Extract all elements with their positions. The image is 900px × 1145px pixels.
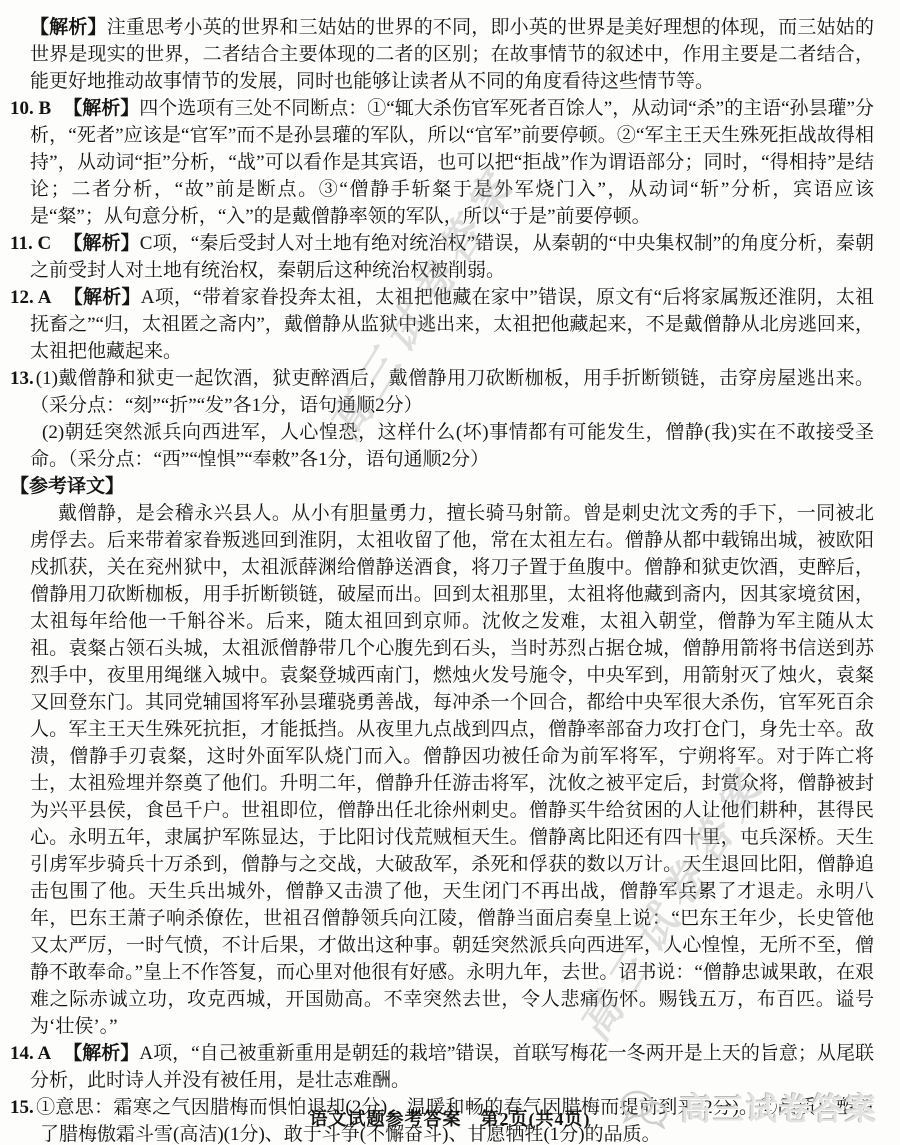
answer-14-number: 14. A [10, 1043, 51, 1064]
answer-12-label: 【解析】 [63, 287, 140, 308]
answer-block-11: 11. C【解析】C项，“秦后受封人对土地有绝对统治权”错误，从秦朝的“中央集权… [30, 230, 874, 284]
answer-13-part1-text: (1)戴僧静和狱吏一起饮酒，狱吏醉酒后，戴僧静用刀砍断枷板，用手折断锁链，击穿房… [30, 368, 874, 416]
page-footer: 语文试题参考答案 第2页(共4页) [0, 1106, 900, 1133]
answer-10-number: 10. B [10, 98, 51, 119]
answer-13-part2-text: (2)朝廷突然派兵向西进军，人心惶恐，这样什么(坏)事情都有可能发生，僧静(我)… [30, 422, 874, 470]
answer-block-12: 12. A【解析】A项，“带着家眷投奔太祖，太祖把他藏在家中”错误，原文有“后将… [30, 284, 874, 365]
answer-12-text: A项，“带着家眷投奔太祖，太祖把他藏在家中”错误，原文有“后将家属叛还淮阴，太祖… [30, 287, 874, 362]
answer-11-number: 11. C [10, 233, 51, 254]
translation-paragraph: 戴僧静，是会稽永兴县人。从小有胆量勇力，擅长骑马射箭。曾是刺史沈文秀的手下，一同… [30, 500, 874, 1040]
answer-block-13-part2: (2)朝廷突然派兵向西进军，人心惶恐，这样什么(坏)事情都有可能发生，僧静(我)… [30, 419, 874, 473]
intro-explanation: 【解析】注重思考小英的世界和三姑姑的世界的不同，即小英的世界是美好理想的体现，而… [30, 14, 874, 95]
answer-13-number: 13. [10, 368, 34, 389]
answer-10-text: 四个选项有三处不同断点：①“辄大杀伤官军死者百馀人”，从动词“杀”的主语“孙昙瓘… [30, 98, 874, 227]
intro-explanation-label: 【解析】 [30, 17, 107, 38]
answer-12-number: 12. A [10, 287, 51, 308]
intro-explanation-text: 注重思考小英的世界和三姑姑的世界的不同，即小英的世界是美好理想的体现，而三姑姑的… [30, 17, 874, 92]
answer-block-14: 14. A【解析】A项，“自己被重新重用是朝廷的栽培”错误，首联写梅花一冬两开是… [30, 1040, 874, 1094]
answer-block-10: 10. B【解析】四个选项有三处不同断点：①“辄大杀伤官军死者百馀人”，从动词“… [30, 95, 874, 230]
answer-14-text: A项，“自己被重新重用是朝廷的栽培”错误，首联写梅花一冬两开是上天的旨意；从尾联… [30, 1043, 874, 1091]
answer-block-13-part1: 13.(1)戴僧静和狱吏一起饮酒，狱吏醉酒后，戴僧静用刀砍断枷板，用手折断锁链，… [30, 365, 874, 419]
exam-answer-page: 【解析】注重思考小英的世界和三姑姑的世界的不同，即小英的世界是美好理想的体现，而… [0, 0, 900, 1145]
answer-10-label: 【解析】 [63, 98, 139, 119]
answer-11-text: C项，“秦后受封人对土地有绝对统治权”错误，从秦朝的“中央集权制”的角度分析，秦… [30, 233, 874, 281]
answer-14-label: 【解析】 [63, 1043, 139, 1064]
answer-11-label: 【解析】 [63, 233, 139, 254]
translation-header: 【参考译文】 [10, 473, 874, 500]
